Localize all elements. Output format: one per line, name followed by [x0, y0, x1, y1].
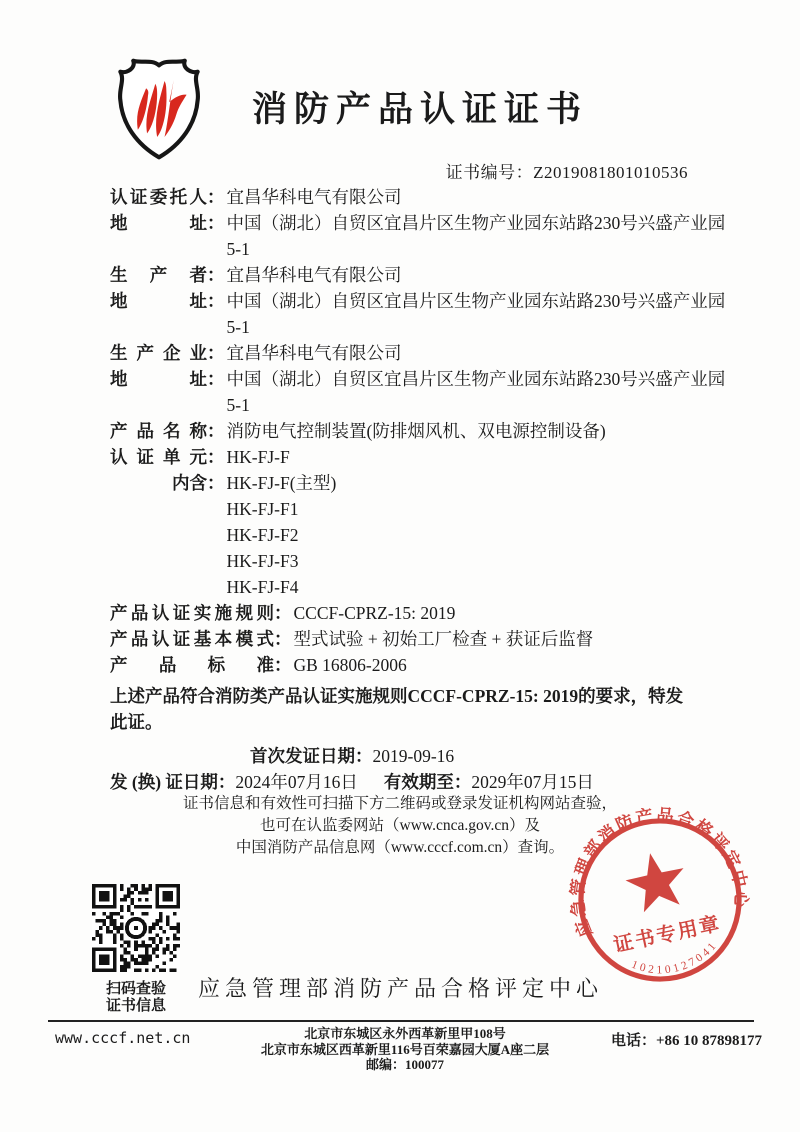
compliance-statement: 上述产品符合消防类产品认证实施规则CCCF-CPRZ-15: 2019的要求，特…	[110, 683, 698, 735]
field-row-model: ：HK-FJ-F4	[110, 574, 698, 600]
colon: ：	[207, 184, 225, 209]
footer-divider	[48, 1020, 754, 1022]
field-value: 5-1	[227, 317, 250, 338]
field-value: HK-FJ-F2	[227, 525, 299, 546]
field-row-product-standard: 产品标准：GB 16806-2006	[110, 652, 698, 678]
footer-address-line: 北京市东城区西革新里116号百荣嘉园大厦A座二层	[210, 1042, 600, 1058]
first-issue-date-line: 首次发证日期：2019-09-16	[250, 743, 698, 767]
seal-star-icon	[621, 847, 691, 915]
footer-address: 北京市东城区永外西革新里甲108号 北京市东城区西革新里116号百荣嘉园大厦A座…	[210, 1026, 600, 1073]
field-value: 宜昌华科电气有限公司	[227, 184, 402, 209]
qr-caption: 扫码查验 证书信息	[90, 981, 182, 1015]
colon: ：	[207, 262, 225, 287]
field-label: 认证委托人	[110, 184, 207, 209]
field-label: 认证单元	[110, 444, 207, 469]
colon: ：	[274, 600, 292, 625]
reissue-date-label: 发 (换) 证日期：	[110, 769, 235, 794]
colon: ：	[274, 626, 292, 651]
field-row-address: 地址：中国（湖北）自贸区宜昌片区生物产业园东站路230号兴盛产业园	[110, 288, 698, 314]
valid-until-label: 有效期至：	[384, 769, 472, 794]
footer-phone: 电话：+86 10 87898177	[611, 1029, 762, 1050]
field-value: CCCF-CPRZ-15: 2019	[294, 603, 456, 624]
colon: ：	[207, 210, 225, 235]
colon: ：	[207, 288, 225, 313]
colon: ：	[274, 652, 292, 677]
field-row-model: ：HK-FJ-F1	[110, 496, 698, 522]
certificate-fields: 认证委托人：宜昌华科电气有限公司 地址：中国（湖北）自贸区宜昌片区生物产业园东站…	[110, 184, 698, 795]
certificate-number-label: 证书编号：	[446, 163, 534, 182]
issuing-authority: 应急管理部消防产品合格评定中心	[198, 972, 603, 1003]
field-label: 地址	[110, 288, 207, 313]
first-issue-date-label: 首次发证日期：	[250, 746, 373, 766]
field-value: 5-1	[227, 395, 250, 416]
field-value: 型式试验 + 初始工厂检查 + 获证后监督	[294, 626, 594, 651]
reissue-date-value: 2024年07月16日	[235, 769, 358, 794]
field-value: 宜昌华科电气有限公司	[227, 262, 402, 287]
field-row-applicant: 认证委托人：宜昌华科电气有限公司	[110, 184, 698, 210]
field-label: 地址	[110, 210, 207, 235]
field-value: HK-FJ-F	[227, 447, 290, 468]
certificate-page: 消防产品认证证书 证书编号：Z2019081801010536 认证委托人：宜昌…	[0, 0, 800, 1132]
field-row-model: ：HK-FJ-F2	[110, 522, 698, 548]
field-value: HK-FJ-F1	[227, 499, 299, 520]
field-label: 生产企业	[110, 340, 207, 365]
footer-postcode: 邮编：100077	[210, 1057, 600, 1073]
field-value: 中国（湖北）自贸区宜昌片区生物产业园东站路230号兴盛产业园	[227, 210, 726, 235]
field-label: 产品名称	[110, 418, 207, 443]
page-title: 消防产品认证证书	[180, 82, 660, 132]
field-row-address: 地址：中国（湖北）自贸区宜昌片区生物产业园东站路230号兴盛产业园	[110, 366, 698, 392]
footer-address-line: 北京市东城区永外西革新里甲108号	[210, 1026, 600, 1042]
qr-code-block: 扫码查验 证书信息	[90, 884, 182, 1015]
field-value: 消防电气控制装置(防排烟风机、双电源控制设备)	[227, 418, 606, 443]
field-row-address-cont: ：5-1	[110, 392, 698, 418]
field-row-manufacturer: 生产企业：宜昌华科电气有限公司	[110, 340, 698, 366]
certificate-number: 证书编号：Z2019081801010536	[446, 158, 688, 183]
field-row-models-included: 内含：HK-FJ-F(主型)	[110, 470, 698, 496]
colon: ：	[207, 470, 225, 495]
field-row-model: ：HK-FJ-F3	[110, 548, 698, 574]
field-value: HK-FJ-F3	[227, 551, 299, 572]
field-value: 中国（湖北）自贸区宜昌片区生物产业园东站路230号兴盛产业园	[227, 288, 726, 313]
field-row-producer: 生产者：宜昌华科电气有限公司	[110, 262, 698, 288]
certificate-number-value: Z2019081801010536	[533, 163, 688, 182]
valid-until-value: 2029年07月15日	[471, 769, 594, 794]
field-label: 内含	[110, 470, 207, 495]
field-row-certification-mode: 产品认证基本模式：型式试验 + 初始工厂检查 + 获证后监督	[110, 626, 698, 652]
field-row-address: 地址：中国（湖北）自贸区宜昌片区生物产业园东站路230号兴盛产业园	[110, 210, 698, 236]
first-issue-date-value: 2019-09-16	[373, 746, 455, 766]
colon: ：	[207, 340, 225, 365]
field-label: 产品标准	[110, 652, 274, 677]
field-row-implementation-rule: 产品认证实施规则：CCCF-CPRZ-15: 2019	[110, 600, 698, 626]
field-label: 产品认证基本模式	[110, 626, 274, 651]
official-seal-stamp: 应急管理部消防产品合格评定中心 证书专用章 10210127041	[556, 796, 764, 1004]
field-label: 生产者	[110, 262, 207, 287]
field-value: GB 16806-2006	[294, 655, 407, 676]
colon: ：	[207, 418, 225, 443]
field-row-product-name: 产品名称：消防电气控制装置(防排烟风机、双电源控制设备)	[110, 418, 698, 444]
field-value: 中国（湖北）自贸区宜昌片区生物产业园东站路230号兴盛产业园	[227, 366, 726, 391]
field-label: 地址	[110, 366, 207, 391]
field-label: 产品认证实施规则	[110, 600, 274, 625]
qr-code	[92, 884, 180, 972]
colon: ：	[207, 444, 225, 469]
footer-website: www.cccf.net.cn	[55, 1029, 190, 1047]
field-row-address-cont: ：5-1	[110, 314, 698, 340]
field-row-cert-unit: 认证单元：HK-FJ-F	[110, 444, 698, 470]
reissue-date-line: 发 (换) 证日期：2024年07月16日有效期至：2029年07月15日	[110, 769, 698, 795]
field-value: 5-1	[227, 239, 250, 260]
colon: ：	[207, 366, 225, 391]
field-value: HK-FJ-F4	[227, 577, 299, 598]
field-value: HK-FJ-F(主型)	[227, 470, 337, 495]
field-value: 宜昌华科电气有限公司	[227, 340, 402, 365]
field-row-address-cont: ：5-1	[110, 236, 698, 262]
